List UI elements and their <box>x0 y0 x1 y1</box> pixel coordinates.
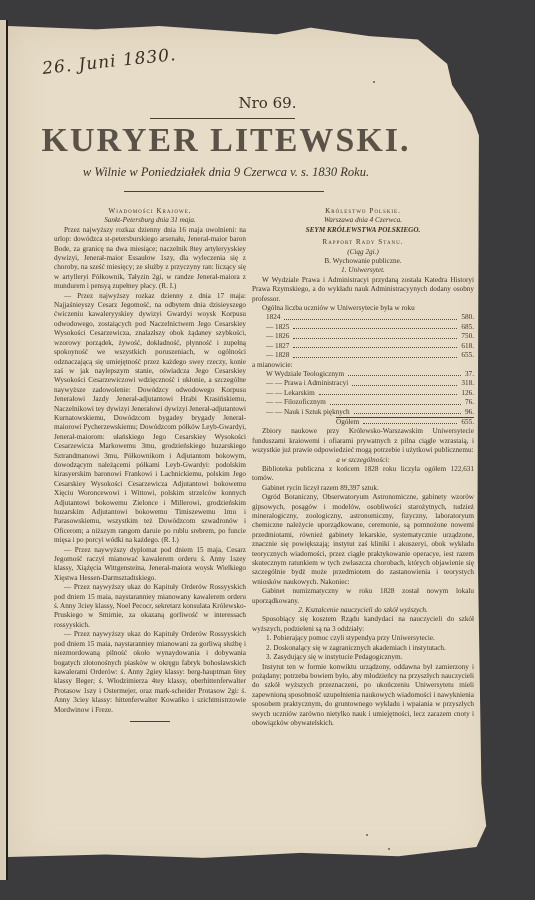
article-paragraph: Gabinet numizmatyczny w roku 1828 został… <box>252 587 474 606</box>
adjacent-page-edge <box>0 20 8 880</box>
table-row: — — Filozoficznym76. <box>266 398 474 407</box>
article-paragraph: Przez najwyższy rozkaz dzienny dnia 16 m… <box>54 226 246 292</box>
student-count: 655. <box>461 351 474 360</box>
table-row: — — Lekarskim126. <box>266 389 474 398</box>
faculty-intro: a mianowicie: <box>252 361 474 370</box>
division-item: 2. Doskonalący się w zagranicznych akade… <box>252 644 474 653</box>
right-column: Królestwo Polskie. Warszawa dnia 4 Czerw… <box>252 207 474 728</box>
section-heading: Królestwo Polskie. <box>252 207 474 216</box>
student-count: 750. <box>461 332 474 341</box>
students-intro: Ogólna liczba uczniów w Uniwersytecie by… <box>252 304 474 313</box>
article-line: a w szczególności: <box>252 456 474 465</box>
students-table: 1824580. — 1825685. — 1826750. — 1827618… <box>252 313 474 360</box>
year-label: — 1826 <box>266 332 289 341</box>
total-count: 655. <box>461 418 474 427</box>
divider-rule <box>150 118 295 119</box>
table-row: — — Nauk i Sztuk pięknych96. <box>266 408 474 417</box>
article-paragraph: Instytut ten w formie konwiktu urządzony… <box>252 663 474 729</box>
table-row: — 1828655. <box>266 351 474 360</box>
year-label: 1824 <box>266 313 280 322</box>
newspaper-title: KURYER LITEWSKI. <box>36 122 416 160</box>
faculty-table: W Wydziale Teologicznym37. — — Prawa i A… <box>252 370 474 427</box>
table-row: W Wydziale Teologicznym37. <box>266 370 474 379</box>
sejm-heading: SEYM KRÓLEWSTWA POLSKIEGO. <box>252 226 474 235</box>
faculty-label: — — Lekarskim <box>266 389 315 398</box>
left-column: Wiadomości Krajowe. Sankt-Petersburg dni… <box>54 207 246 728</box>
year-label: — 1828 <box>266 351 289 360</box>
section-b1-heading: 1. Uniwersytet. <box>252 266 474 275</box>
article-paragraph: Ogród Botaniczny, Obserwatoryum Astronom… <box>252 493 474 587</box>
place-date: Warszawa dnia 4 Czerwca. <box>252 216 474 225</box>
table-row: 1824580. <box>266 313 474 322</box>
article-paragraph: — Przez najwyższy rozkaz dzienny z dnia … <box>54 292 246 546</box>
faculty-count: 76. <box>465 398 474 407</box>
article-paragraph: Gabinet rycin liczył razem 89,397 sztuk. <box>252 484 474 493</box>
division-item: 1. Pobierający pomoc czyli stypendya prz… <box>252 634 474 643</box>
table-row: — 1827618. <box>266 342 474 351</box>
end-rule <box>130 721 170 722</box>
table-row: — — Prawa i Administracyi318. <box>266 379 474 388</box>
divider-rule <box>124 191 324 192</box>
year-label: — 1827 <box>266 342 289 351</box>
article-paragraph: — Przez naywyższy ukaz do Kapituły Order… <box>54 583 246 630</box>
article-paragraph: W Wydziale Prawa i Administracyi przydan… <box>252 276 474 304</box>
total-label: Ogółem <box>336 418 359 427</box>
faculty-count: 318. <box>461 379 474 388</box>
total-row: Ogółem655. <box>336 417 474 427</box>
faculty-count: 37. <box>465 370 474 379</box>
article-paragraph: Zbiory naukowe przy Królewsko-Warszawski… <box>252 427 474 455</box>
paper-speck <box>366 834 368 836</box>
table-row: — 1825685. <box>266 323 474 332</box>
division-item: 3. Zasydujący się w instytucie Pedagogic… <box>252 653 474 662</box>
faculty-count: 126. <box>461 389 474 398</box>
paper-speck <box>373 81 375 83</box>
faculty-label: W Wydziale Teologicznym <box>266 370 344 379</box>
article-paragraph: Biblioteka publiczna z końcem 1828 roku … <box>252 465 474 484</box>
section-2-heading: 2. Kształcenie nauczycieli do szkół wyżs… <box>252 606 474 615</box>
place-date: Sankt-Petersburg dnia 31 maja. <box>54 216 246 225</box>
article-paragraph: — Przez naywyższy ukaz do Kapituły Order… <box>54 630 246 715</box>
report-title: Rapport Rady Stanu. <box>252 238 474 247</box>
article-paragraph: — Przez naywyższy dyplomat pod dniem 15 … <box>54 546 246 584</box>
student-count: 580. <box>461 313 474 322</box>
section-b-heading: B. Wychowanie publiczne. <box>252 257 474 266</box>
faculty-count: 96. <box>465 408 474 417</box>
faculty-label: — — Prawa i Administracyi <box>266 379 348 388</box>
student-count: 685. <box>461 323 474 332</box>
faculty-label: — — Nauk i Sztuk pięknych <box>266 408 350 417</box>
paper-speck <box>388 848 390 850</box>
dateline: w Wilnie w Poniedziałek dnia 9 Czerwca v… <box>36 165 416 180</box>
article-paragraph: Sposobiący się kosztem Rządu kandydaci n… <box>252 615 474 634</box>
table-row: — 1826750. <box>266 332 474 341</box>
year-label: — 1825 <box>266 323 289 332</box>
student-count: 618. <box>461 342 474 351</box>
issue-number: Nro 69. <box>0 94 535 112</box>
section-heading: Wiadomości Krajowe. <box>54 207 246 216</box>
continued-note: (Ciąg 2gi.) <box>252 248 474 257</box>
faculty-label: — — Filozoficznym <box>266 398 326 407</box>
